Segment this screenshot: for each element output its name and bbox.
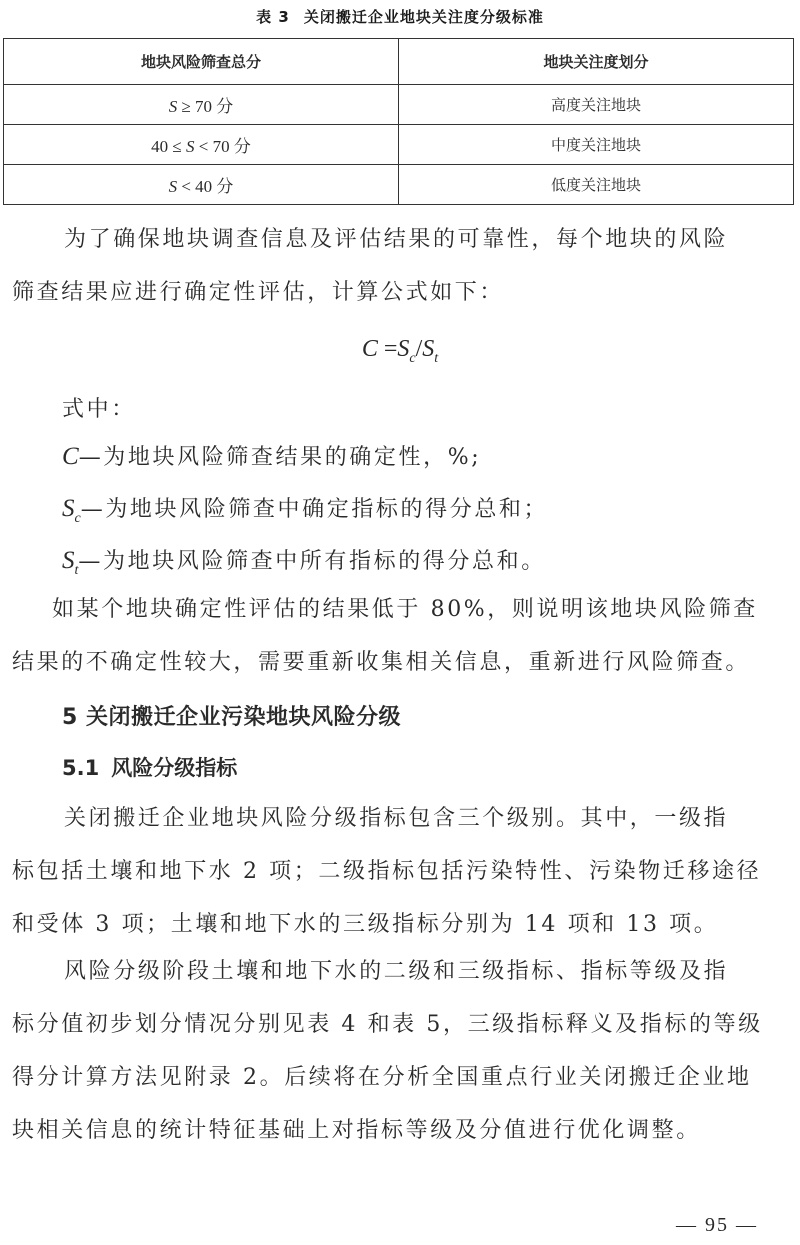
certainty-formula: C =Sc/St	[0, 336, 800, 367]
paragraph-reliability: 为了确保地块调查信息及评估结果的可靠性，每个地块的风险 筛查结果应进行确定性评估…	[12, 213, 792, 319]
definition-st: St—为地块风险筛查中所有指标的得分总和。	[62, 544, 546, 579]
header-total-score: 地块风险筛查总分	[4, 39, 399, 85]
table-caption: 表 3关闭搬迁企业地块关注度分级标准	[0, 6, 800, 27]
page-number: — 95 —	[676, 1214, 758, 1237]
table-number: 表 3	[256, 8, 290, 26]
header-attention-level: 地块关注度划分	[399, 39, 794, 85]
where-label: 式中：	[62, 392, 136, 423]
attention-level-table: 地块风险筛查总分 地块关注度划分 S ≥ 70 分 高度关注地块 40 ≤ S …	[3, 38, 794, 205]
paragraph-indicator-levels: 风险分级阶段土壤和地下水的二级和三级指标、指标等级及指 标分值初步划分情况分别见…	[12, 945, 792, 1157]
score-range-cell: 40 ≤ S < 70 分	[4, 125, 399, 165]
score-range-cell: S < 40 分	[4, 165, 399, 205]
attention-level-cell: 高度关注地块	[399, 85, 794, 125]
table-title: 关闭搬迁企业地块关注度分级标准	[304, 8, 544, 26]
table-row: 40 ≤ S < 70 分 中度关注地块	[4, 125, 794, 165]
paragraph-indicators: 关闭搬迁企业地块风险分级指标包含三个级别。其中，一级指 标包括土壤和地下水 2 …	[12, 792, 792, 951]
score-range-cell: S ≥ 70 分	[4, 85, 399, 125]
paragraph-threshold: 如某个地块确定性评估的结果低于 80%，则说明该地块风险筛查 结果的不确定性较大…	[12, 583, 792, 689]
attention-level-cell: 低度关注地块	[399, 165, 794, 205]
attention-level-cell: 中度关注地块	[399, 125, 794, 165]
section-heading: 5 关闭搬迁企业污染地块风险分级	[62, 700, 401, 731]
subsection-heading: 5.1风险分级指标	[62, 752, 237, 782]
definition-c: C—为地块风险筛查结果的确定性，%;	[62, 440, 481, 471]
table-row: S ≥ 70 分 高度关注地块	[4, 85, 794, 125]
table-header-row: 地块风险筛查总分 地块关注度划分	[4, 39, 794, 85]
definition-sc: Sc—为地块风险筛查中确定指标的得分总和；	[62, 492, 548, 527]
table-row: S < 40 分 低度关注地块	[4, 165, 794, 205]
